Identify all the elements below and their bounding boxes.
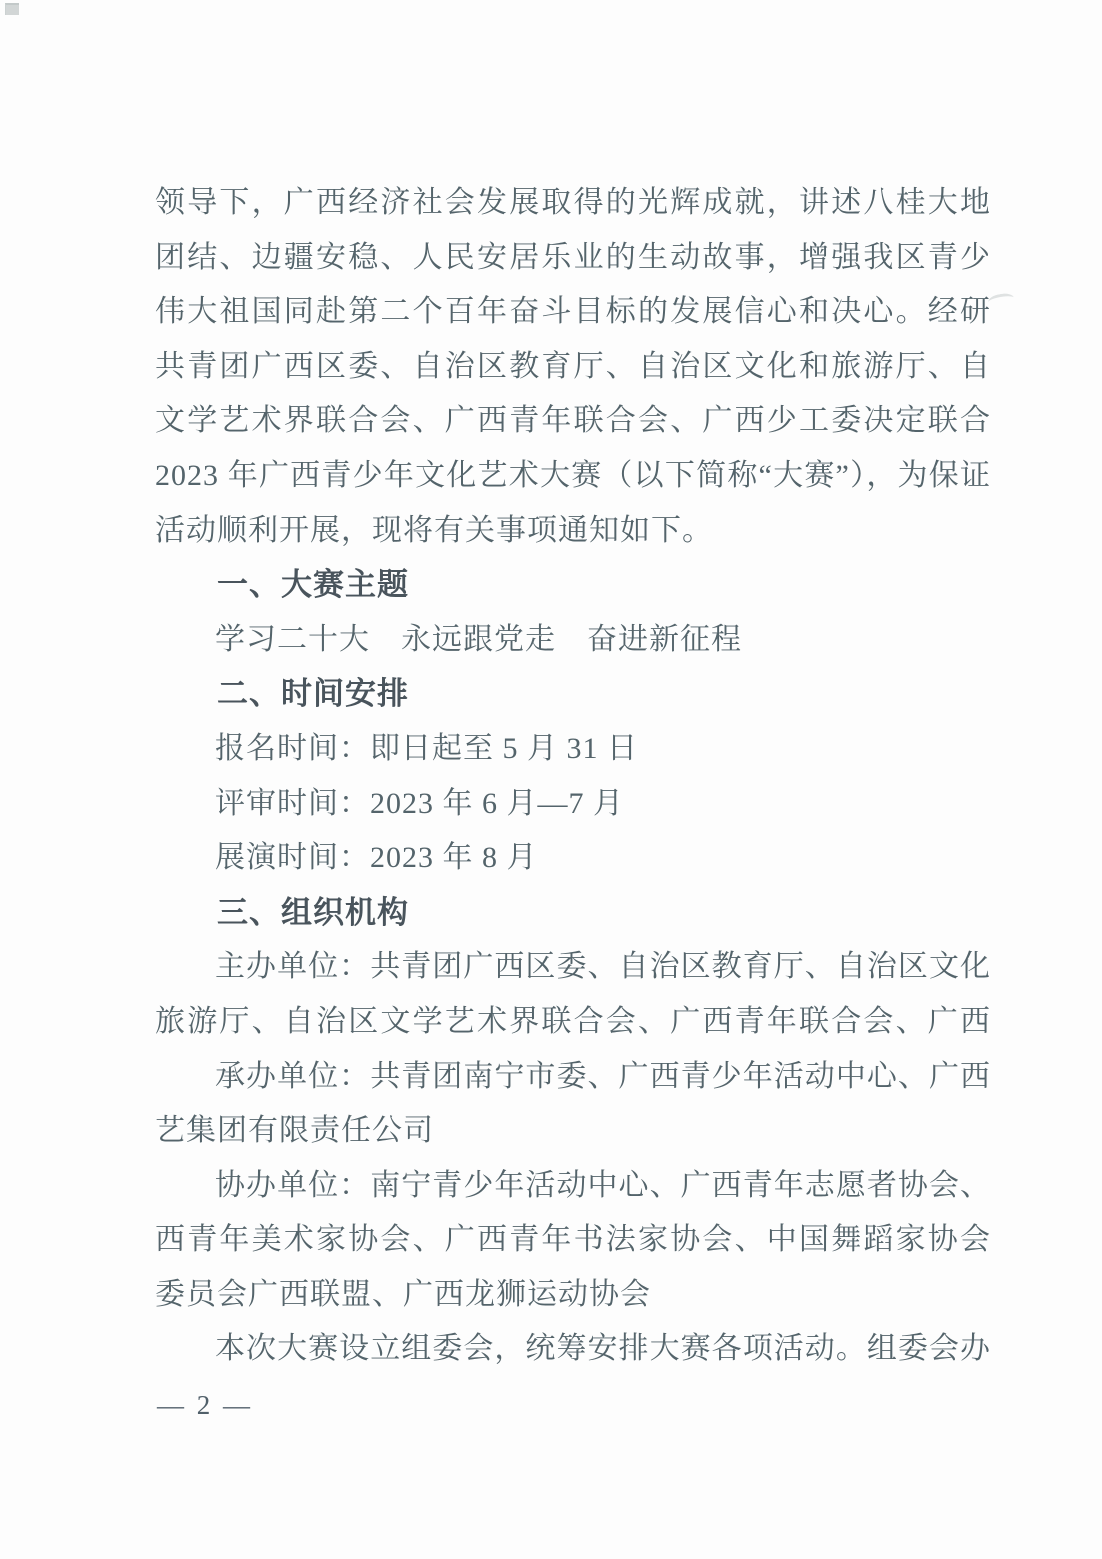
section-heading: 一、大赛主题: [155, 558, 991, 613]
text-line: 西青年美术家协会、广西青年书法家协会、中国舞蹈家协会街舞: [155, 1213, 991, 1268]
text-line: 评审时间：2023 年 6 月—7 月: [155, 777, 991, 832]
section-heading: 三、组织机构: [155, 886, 991, 941]
text-line: 艺集团有限责任公司: [155, 1104, 991, 1159]
text-line: 承办单位：共青团南宁市委、广西青少年活动中心、广西演: [155, 1050, 991, 1105]
scan-artifact-icon: [5, 3, 19, 15]
scan-smudge-icon: [987, 292, 1015, 308]
section-heading: 二、时间安排: [155, 667, 991, 722]
text-line: 2023 年广西青少年文化艺术大赛（以下简称“大赛”），为保证: [155, 449, 991, 504]
text-line: 活动顺利开展，现将有关事项通知如下。: [155, 504, 991, 559]
text-line: 旅游厅、自治区文学艺术界联合会、广西青年联合会、广西少工委: [155, 995, 991, 1050]
text-line: 共青团广西区委、自治区教育厅、自治区文化和旅游厅、自治区: [155, 340, 991, 395]
text-line: 学习二十大 永远跟党走 奋进新征程: [155, 613, 991, 668]
text-line: 展演时间：2023 年 8 月: [155, 831, 991, 886]
document-body: 领导下，广西经济社会发展取得的光辉成就，讲述八桂大地民族团结、边疆安稳、人民安居…: [155, 176, 991, 1377]
text-line: 本次大赛设立组委会，统筹安排大赛各项活动。组委会办公: [155, 1322, 991, 1377]
document-page: 领导下，广西经济社会发展取得的光辉成就，讲述八桂大地民族团结、边疆安稳、人民安居…: [0, 0, 1102, 1559]
text-line: 协办单位：南宁青少年活动中心、广西青年志愿者协会、广: [155, 1159, 991, 1214]
page-number: — 2 —: [157, 1390, 253, 1421]
text-line: 报名时间：即日起至 5 月 31 日: [155, 722, 991, 777]
text-line: 伟大祖国同赴第二个百年奋斗目标的发展信心和决心。经研究，: [155, 285, 991, 340]
text-line: 委员会广西联盟、广西龙狮运动协会: [155, 1268, 991, 1323]
text-line: 团结、边疆安稳、人民安居乐业的生动故事，增强我区青少年与: [155, 231, 991, 286]
text-line: 文学艺术界联合会、广西青年联合会、广西少工委决定联合举办: [155, 394, 991, 449]
text-line: 领导下，广西经济社会发展取得的光辉成就，讲述八桂大地民族: [155, 176, 991, 231]
text-line: 主办单位：共青团广西区委、自治区教育厅、自治区文化和: [155, 940, 991, 995]
